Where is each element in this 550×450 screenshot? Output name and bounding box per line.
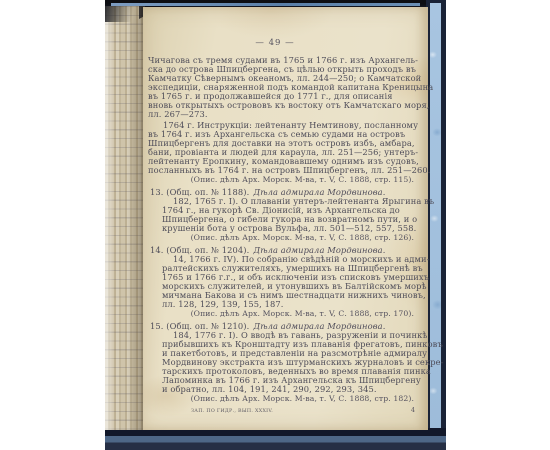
text-block: Чичагова съ тремя судами въ 1765 и 1766 …: [148, 56, 416, 403]
citation-line: (Опис. дѣлъ Арх. Морск. М-ва, т. V, С. 1…: [148, 175, 416, 184]
quire-sheet-number: 4: [411, 406, 415, 414]
text-line: и обратно, лл. 104, 191, 241, 290, 292, …: [162, 385, 416, 394]
entry-13: 13. (Общ. оп. № 1188).Дѣла адмирала Морд…: [148, 188, 416, 242]
entry-15: 15. (Общ. оп. № 1210).Дѣла адмирала Морд…: [148, 322, 416, 403]
text-line: лл. 128, 129, 139, 155, 187.: [162, 300, 416, 309]
text-line: крушеніи бота у острова Вульфа, лл. 501—…: [162, 224, 416, 233]
citation-line: (Опис. дѣлъ Арх. Морск. М-ва, т. V, С. 1…: [148, 233, 416, 242]
entry-14: 14. (Общ. оп. № 1204).Дѣла адмирала Морд…: [148, 246, 416, 318]
paragraph-continuation: Чичагова съ тремя судами въ 1765 и 1766 …: [148, 56, 416, 119]
book-photo: — 49 — Чичагова съ тремя судами въ 1765 …: [105, 0, 446, 450]
series-footer: Зап. по гидр., вып. XXXIV. 4: [191, 406, 415, 414]
screenshot-root: — 49 — Чичагова съ тремя судами въ 1765 …: [0, 0, 550, 450]
text-line: лл. 267—273.: [148, 110, 416, 119]
citation-line: (Опис. дѣлъ Арх. Морск. М-ва, т. V, С. 1…: [148, 309, 416, 318]
series-signature: Зап. по гидр., вып. XXXIV.: [191, 409, 273, 414]
citation-line: (Опис. дѣлъ Арх. Морск. М-ва, т. V, С. 1…: [148, 394, 416, 403]
paragraph-instructions-1764: 1764 г. Инструкціи: лейтенанту Немтинову…: [148, 121, 416, 184]
page-number: — 49 —: [148, 38, 416, 48]
marbled-cover-strip: [430, 3, 441, 434]
gutter-top-shadow: [105, 6, 141, 22]
text-line: посланныхъ въ 1764 г. на островъ Шпицбер…: [148, 166, 416, 175]
gutter-page-edges: [105, 6, 145, 430]
page-text-layer: — 49 — Чичагова съ тремя судами въ 1765 …: [148, 0, 416, 450]
